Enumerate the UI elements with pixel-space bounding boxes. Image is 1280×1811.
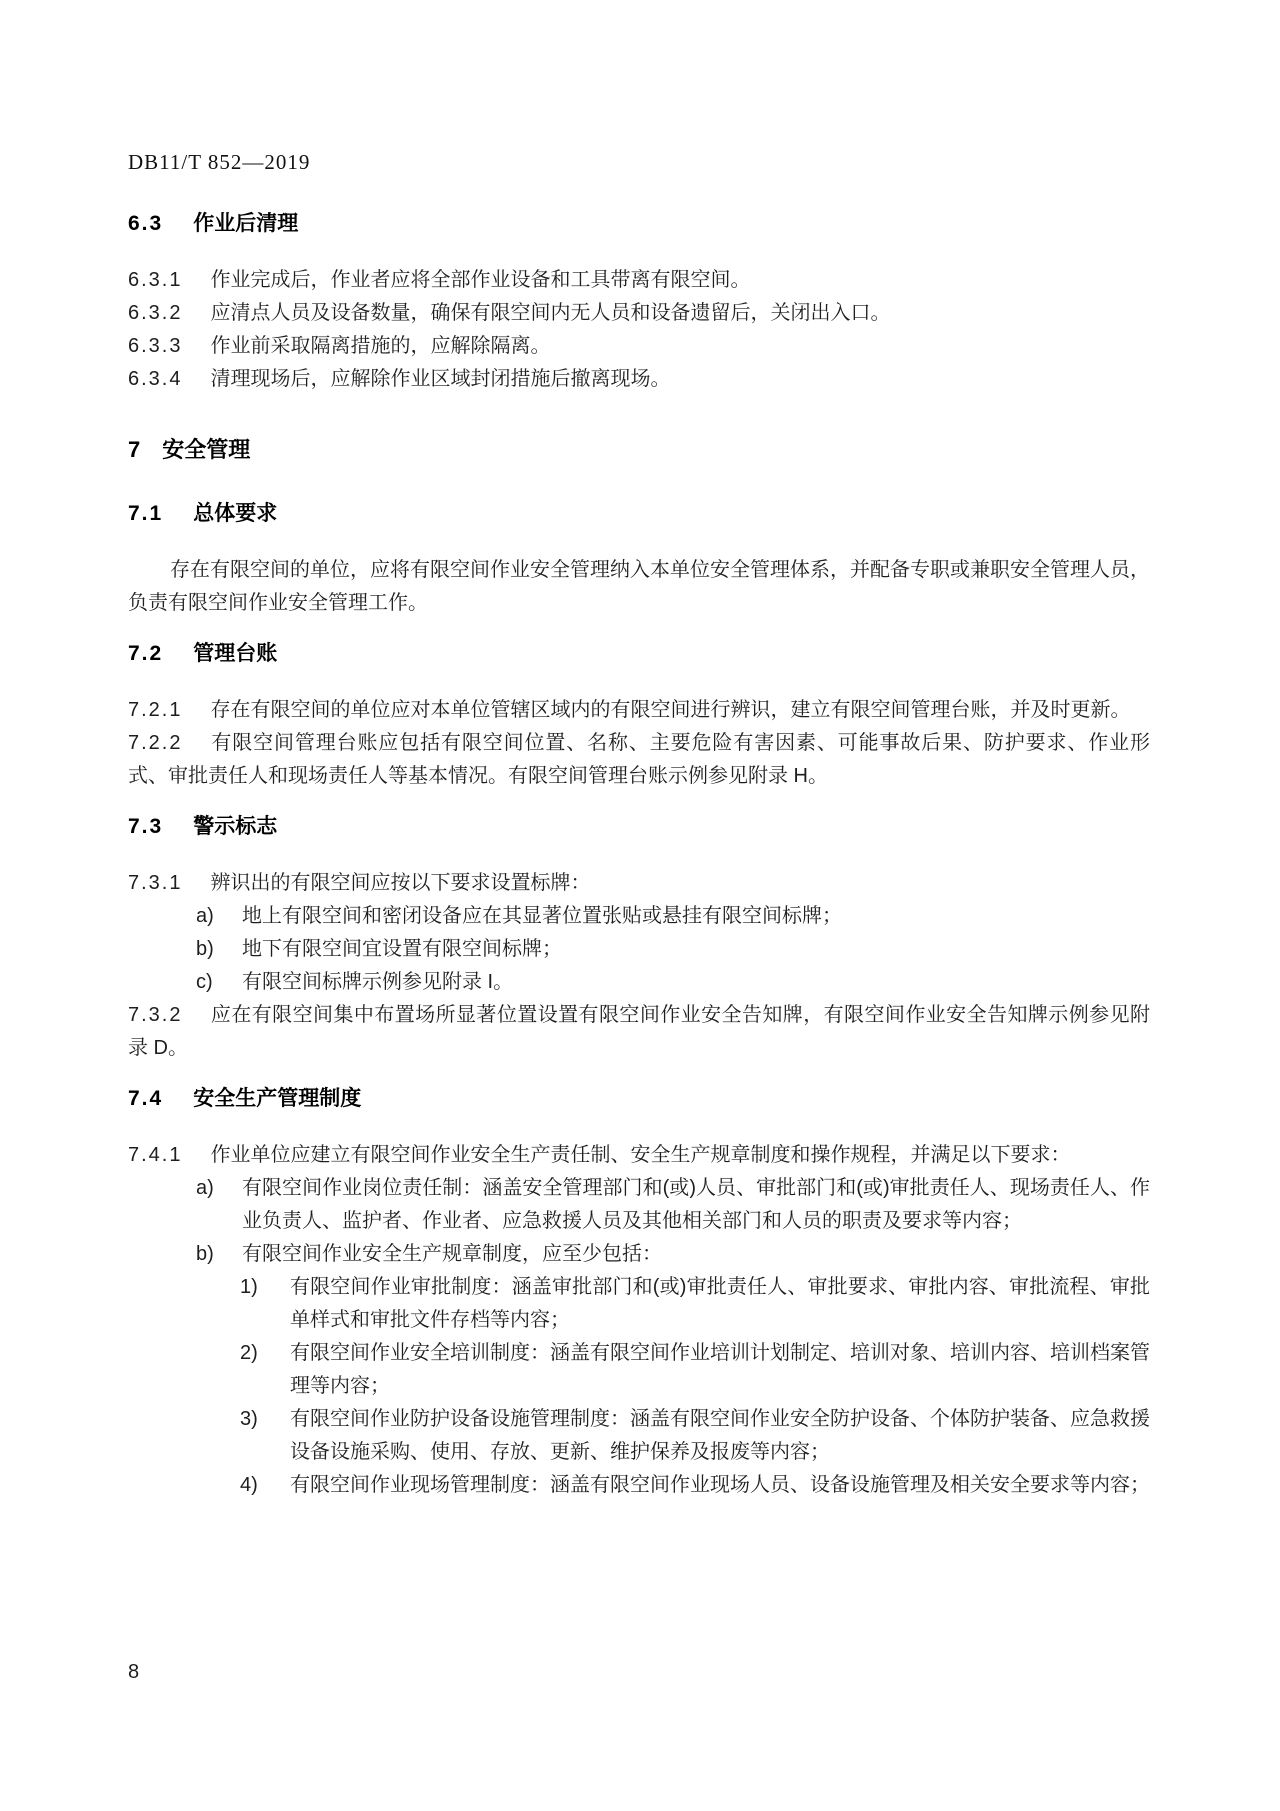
page-number: 8 <box>128 1658 139 1686</box>
section-heading-6-3: 6.3作业后清理 <box>128 210 1150 238</box>
section-heading-7-2: 7.2管理台账 <box>128 640 1150 668</box>
sub-list-item-1: 1)有限空间作业审批制度：涵盖审批部门和(或)审批责任人、审批要求、审批内容、审… <box>128 1271 1150 1337</box>
chapter-heading-7: 7安全管理 <box>128 436 1150 464</box>
section-title: 作业后清理 <box>193 212 298 235</box>
clause-7-3-2: 7.3.2应在有限空间集中布置场所显著位置设置有限空间作业安全告知牌，有限空间作… <box>128 999 1150 1065</box>
section-number: 7.3 <box>128 815 163 838</box>
clause-number: 6.3.4 <box>128 368 182 390</box>
clause-number: 7.2.1 <box>128 699 182 721</box>
clause-number: 7.2.2 <box>128 732 182 754</box>
section-title: 总体要求 <box>193 502 277 525</box>
sub-list-item-4: 4)有限空间作业现场管理制度：涵盖有限空间作业现场人员、设备设施管理及相关安全要… <box>128 1469 1150 1502</box>
clause-text: 辨识出的有限空间应按以下要求设置标牌： <box>210 872 590 894</box>
clause-text: 应清点人员及设备数量，确保有限空间内无人员和设备遗留后，关闭出入口。 <box>210 302 890 324</box>
clause-number: 6.3.2 <box>128 302 182 324</box>
clause-7-2-2: 7.2.2有限空间管理台账应包括有限空间位置、名称、主要危险有害因素、可能事故后… <box>128 727 1150 793</box>
list-item-text: 有限空间标牌示例参见附录 I。 <box>242 971 513 993</box>
chapter-title: 安全管理 <box>162 437 250 462</box>
list-item-label: b) <box>196 933 214 966</box>
clause-text: 作业单位应建立有限空间作业安全生产责任制、安全生产规章制度和操作规程，并满足以下… <box>210 1144 1070 1166</box>
clause-6-3-1: 6.3.1作业完成后，作业者应将全部作业设备和工具带离有限空间。 <box>128 264 1150 297</box>
section-number: 7.2 <box>128 642 163 665</box>
section-title: 管理台账 <box>193 642 277 665</box>
list-item-a: a)有限空间作业岗位责任制：涵盖安全管理部门和(或)人员、审批部门和(或)审批责… <box>128 1172 1150 1238</box>
section-number: 7.4 <box>128 1087 163 1110</box>
document-page: DB11/T 852—2019 6.3作业后清理 6.3.1作业完成后，作业者应… <box>0 0 1280 1811</box>
sub-list-item-2: 2)有限空间作业安全培训制度：涵盖有限空间作业培训计划制定、培训对象、培训内容、… <box>128 1337 1150 1403</box>
clause-text: 应在有限空间集中布置场所显著位置设置有限空间作业安全告知牌，有限空间作业安全告知… <box>128 1004 1150 1059</box>
clause-text: 清理现场后，应解除作业区域封闭措施后撤离现场。 <box>210 368 670 390</box>
section-heading-7-3: 7.3警示标志 <box>128 813 1150 841</box>
section-number: 6.3 <box>128 212 163 235</box>
list-item-text: 地上有限空间和密闭设备应在其显著位置张贴或悬挂有限空间标牌； <box>242 905 842 927</box>
section-heading-7-4: 7.4安全生产管理制度 <box>128 1085 1150 1113</box>
list-item-text: 有限空间作业安全生产规章制度，应至少包括： <box>242 1243 662 1265</box>
clause-text: 作业完成后，作业者应将全部作业设备和工具带离有限空间。 <box>210 269 750 291</box>
list-item-text: 有限空间作业审批制度：涵盖审批部门和(或)审批责任人、审批要求、审批内容、审批流… <box>290 1276 1150 1331</box>
list-item-text: 有限空间作业现场管理制度：涵盖有限空间作业现场人员、设备设施管理及相关安全要求等… <box>290 1474 1150 1496</box>
clause-6-3-3: 6.3.3作业前采取隔离措施的，应解除隔离。 <box>128 330 1150 363</box>
clause-6-3-2: 6.3.2应清点人员及设备数量，确保有限空间内无人员和设备遗留后，关闭出入口。 <box>128 297 1150 330</box>
list-item-b: b)地下有限空间宜设置有限空间标牌； <box>128 933 1150 966</box>
list-item-label: a) <box>196 1172 214 1205</box>
clause-number: 7.4.1 <box>128 1144 182 1166</box>
clause-6-3-4: 6.3.4清理现场后，应解除作业区域封闭措施后撤离现场。 <box>128 363 1150 396</box>
list-item-label: c) <box>196 966 213 999</box>
clause-number: 7.3.2 <box>128 1004 182 1026</box>
list-item-label: b) <box>196 1238 214 1271</box>
list-item-text: 有限空间作业防护设备设施管理制度：涵盖有限空间作业安全防护设备、个体防护装备、应… <box>290 1408 1150 1463</box>
list-item-label: a) <box>196 900 214 933</box>
clause-text: 有限空间管理台账应包括有限空间位置、名称、主要危险有害因素、可能事故后果、防护要… <box>128 732 1150 787</box>
sub-list-item-3: 3)有限空间作业防护设备设施管理制度：涵盖有限空间作业安全防护设备、个体防护装备… <box>128 1403 1150 1469</box>
list-item-label: 4) <box>240 1469 258 1502</box>
clause-7-3-1: 7.3.1辨识出的有限空间应按以下要求设置标牌： <box>128 867 1150 900</box>
list-item-label: 3) <box>240 1403 258 1436</box>
list-item-c: c)有限空间标牌示例参见附录 I。 <box>128 966 1150 999</box>
section-title: 警示标志 <box>193 815 277 838</box>
clause-number: 6.3.3 <box>128 335 182 357</box>
doc-code: DB11/T 852—2019 <box>128 150 1150 174</box>
clause-number: 6.3.1 <box>128 269 182 291</box>
list-item-text: 有限空间作业岗位责任制：涵盖安全管理部门和(或)人员、审批部门和(或)审批责任人… <box>242 1177 1150 1232</box>
list-item-text: 地下有限空间宜设置有限空间标牌； <box>242 938 562 960</box>
chapter-number: 7 <box>128 437 140 462</box>
clause-number: 7.3.1 <box>128 872 182 894</box>
clause-7-2-1: 7.2.1存在有限空间的单位应对本单位管辖区域内的有限空间进行辨识，建立有限空间… <box>128 694 1150 727</box>
list-item-b: b)有限空间作业安全生产规章制度，应至少包括： <box>128 1238 1150 1271</box>
list-item-label: 1) <box>240 1271 258 1304</box>
section-heading-7-1: 7.1总体要求 <box>128 500 1150 528</box>
clause-text: 作业前采取隔离措施的，应解除隔离。 <box>210 335 550 357</box>
list-item-text: 有限空间作业安全培训制度：涵盖有限空间作业培训计划制定、培训对象、培训内容、培训… <box>290 1342 1150 1397</box>
list-item-a: a)地上有限空间和密闭设备应在其显著位置张贴或悬挂有限空间标牌； <box>128 900 1150 933</box>
clause-7-4-1: 7.4.1作业单位应建立有限空间作业安全生产责任制、安全生产规章制度和操作规程，… <box>128 1139 1150 1172</box>
section-number: 7.1 <box>128 502 163 525</box>
clause-text: 存在有限空间的单位应对本单位管辖区域内的有限空间进行辨识，建立有限空间管理台账，… <box>210 699 1130 721</box>
list-item-label: 2) <box>240 1337 258 1370</box>
paragraph-7-1: 存在有限空间的单位，应将有限空间作业安全管理纳入本单位安全管理体系，并配备专职或… <box>128 554 1150 620</box>
section-title: 安全生产管理制度 <box>193 1087 361 1110</box>
